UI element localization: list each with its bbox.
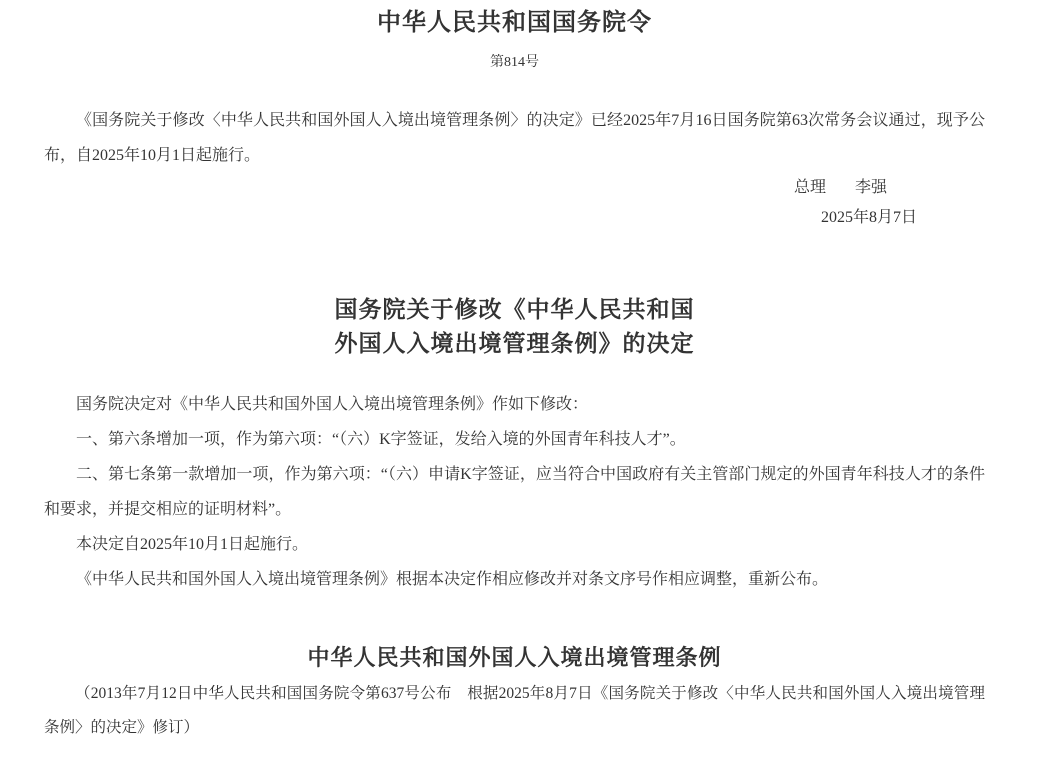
decision-item-2-paragraph: 二、第七条第一款增加一项，作为第六项：“（六）申请K字签证，应当符合中国政府有关…	[44, 457, 985, 527]
signature-date: 2025年8月7日	[44, 203, 985, 233]
decision-republish-paragraph: 《中华人民共和国外国人入境出境管理条例》根据本决定作相应修改并对条文序号作相应调…	[44, 562, 985, 597]
premier-name: 李强	[855, 179, 887, 196]
decision-title-line1: 国务院关于修改《中华人民共和国	[44, 293, 985, 327]
premier-label: 总理	[794, 179, 826, 196]
decision-effective-date-paragraph: 本决定自2025年10月1日起施行。	[44, 527, 985, 562]
decree-publication-paragraph: 《国务院关于修改〈中华人民共和国外国人入境出境管理条例〉的决定》已经2025年7…	[44, 103, 985, 173]
decision-intro-paragraph: 国务院决定对《中华人民共和国外国人入境出境管理条例》作如下修改：	[44, 387, 985, 422]
decision-body: 国务院决定对《中华人民共和国外国人入境出境管理条例》作如下修改： 一、第六条增加…	[44, 387, 985, 597]
decree-title: 中华人民共和国国务院令	[44, 8, 985, 38]
decision-title: 国务院关于修改《中华人民共和国 外国人入境出境管理条例》的决定	[44, 293, 985, 361]
decree-number: 第814号	[44, 55, 985, 71]
signature-line: 总理李强	[44, 173, 985, 203]
regulation-revision-note: （2013年7月12日中华人民共和国国务院令第637号公布 根据2025年8月7…	[44, 677, 985, 745]
regulation-title: 中华人民共和国外国人入境出境管理条例	[44, 643, 985, 673]
decision-item-1-paragraph: 一、第六条增加一项，作为第六项：“（六）K字签证，发给入境的外国青年科技人才”。	[44, 422, 985, 457]
decree-document: 中华人民共和国国务院令 第814号 《国务院关于修改〈中华人民共和国外国人入境出…	[0, 0, 1043, 767]
decision-title-line2: 外国人入境出境管理条例》的决定	[44, 327, 985, 361]
